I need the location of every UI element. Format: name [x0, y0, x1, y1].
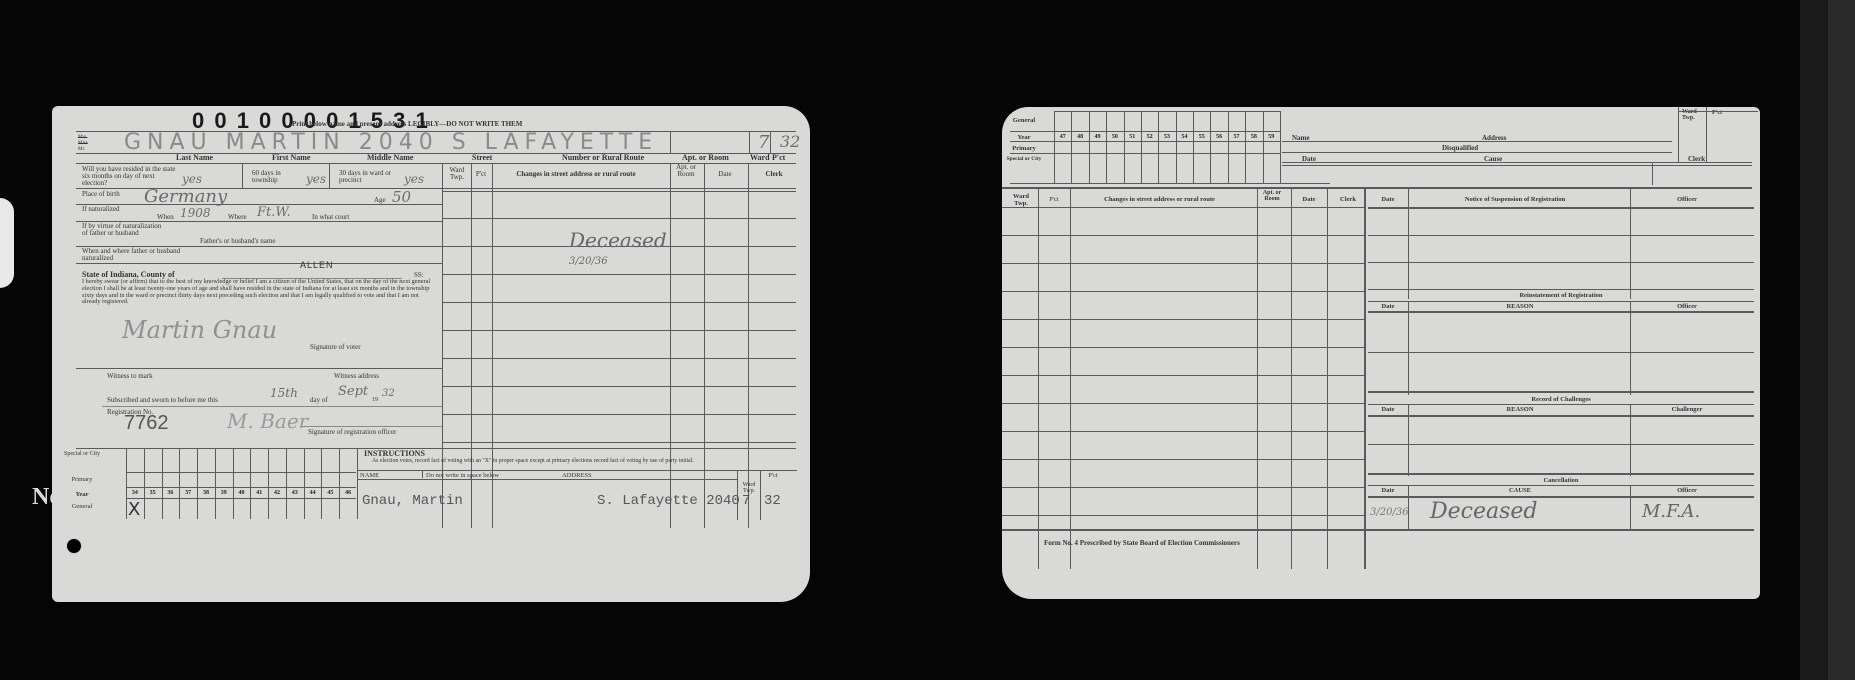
year-cell: 49 [1089, 134, 1106, 140]
year-cell: 47 [1054, 134, 1071, 140]
handwritten-name-address: GNAU MARTIN 2040 S LAFAYETTE [124, 130, 658, 155]
grid-label-general: General [62, 503, 102, 511]
changes-header-address: Changes in street address or rural route [492, 170, 660, 178]
form-note: Form No. 4 Prescribed by State Board of … [1044, 539, 1240, 547]
changes-entry-deceased: Deceased [569, 228, 667, 252]
label-number-route: Number or Rural Route [562, 154, 644, 162]
instructions-title: INSTRUCTIONS [364, 450, 425, 458]
virtue-label: If by virtue of naturalization of father… [82, 223, 162, 237]
reinstatement-header-date: Date [1370, 303, 1406, 311]
witness-address-label: Witness address [334, 372, 379, 380]
typed-pct: 32 [764, 493, 781, 509]
changes-header-ward: Ward Twp. [443, 167, 471, 181]
registration-card-back: General Year Primary Special or City 474… [1002, 107, 1760, 599]
year-cell: 35 [144, 490, 162, 496]
year-cell: 42 [268, 490, 286, 496]
naturalized-label: If naturalized [82, 206, 122, 213]
residency-answer: yes [182, 172, 202, 186]
township-label: 60 days in township [252, 170, 307, 184]
age-label: Age [374, 196, 386, 204]
voter-signature-label: Signature of voter [310, 343, 361, 351]
year-cell: 57 [1228, 134, 1245, 140]
back-changes-header-clerk: Clerk [1330, 196, 1366, 204]
instructions-text: As election votes, record fact of voting… [372, 458, 810, 464]
year-cell: 44 [304, 490, 322, 496]
place-of-birth-label: Place of birth [82, 191, 122, 198]
suspension-header-officer: Officer [1632, 196, 1742, 204]
label-ward: Ward [750, 154, 770, 162]
when-label: When [157, 213, 174, 221]
court-label: In what court [312, 213, 349, 221]
challenges-header-date: Date [1370, 406, 1406, 414]
reinstatement-title: Reinstatement of Registration [1368, 292, 1754, 300]
year-cell: 51 [1124, 134, 1141, 140]
challenges-title: Record of Challenges [1368, 396, 1754, 404]
changes-header-apt: Apt. or Room [670, 164, 702, 178]
back-changes-header-pct: P'ct [1040, 196, 1068, 204]
year-cell: 45 [321, 490, 339, 496]
year-cell: 43 [286, 490, 304, 496]
footer-pct-label: P'ct [762, 472, 784, 480]
back-changes-header-address: Changes in street address or rural route [1072, 196, 1247, 204]
where-label: Where [228, 213, 247, 221]
officer-signature: M. Baer [227, 409, 308, 433]
year-cell: 34 [126, 490, 144, 496]
grid-label-primary: Primary [62, 476, 102, 484]
year-cell: 39 [215, 490, 233, 496]
day-of-label: day of [310, 396, 328, 404]
label-street: Street [472, 154, 492, 162]
changes-header-clerk: Clerk [750, 170, 798, 178]
year-cell: 41 [250, 490, 268, 496]
year-cell: 58 [1245, 134, 1262, 140]
subscribed-label: Subscribed and sworn to before me this [107, 396, 218, 404]
adjacent-card-strip-inner [1828, 0, 1855, 680]
changes-header-date: Date [704, 170, 746, 178]
witness-label: Witness to mark [107, 372, 153, 380]
year-cell: 50 [1106, 134, 1123, 140]
grid-label-year: Year [62, 491, 102, 499]
township-answer: yes [306, 172, 326, 186]
ward-value: 7 [758, 132, 769, 153]
year-cell: 59 [1263, 134, 1280, 140]
typed-name: Gnau, Martin [362, 493, 463, 509]
typed-ward: 7 [742, 493, 750, 509]
year-cell: 37 [179, 490, 197, 496]
year-prefix: 19 [372, 396, 378, 404]
changes-header-pct: P'ct [472, 170, 490, 178]
precinct-value: 32 [780, 132, 800, 151]
father-name-label: Father's or husband's name [200, 237, 275, 245]
ward-days-label: 30 days in ward or precinct [339, 170, 409, 184]
back-changes-header-apt: Apt. or Room [1257, 190, 1287, 202]
label-apt-room: Apt. or Room [682, 154, 729, 162]
year-cell: 36 [162, 490, 180, 496]
header-instruction: Print below name and present address LEG… [292, 120, 522, 128]
father-naturalized-label: When and where father or husband natural… [82, 248, 182, 262]
year-cell: 56 [1210, 134, 1227, 140]
registration-no-symbol: No [32, 484, 61, 511]
year-cell: 54 [1176, 134, 1193, 140]
year-cell: 53 [1158, 134, 1175, 140]
oath-text: I hereby swear (or affirm) that to the b… [82, 279, 432, 306]
cancellation-header-officer: Officer [1632, 487, 1742, 495]
registration-card-front: 0 0 1 0 0 0 0 1 5 3 1 Print below name a… [52, 106, 810, 602]
cancellation-date: 3/20/36 [1370, 507, 1409, 518]
suspension-header-date: Date [1370, 196, 1406, 204]
back-changes-header-ward: Ward Twp. [1006, 194, 1036, 207]
cancellation-header-date: Date [1370, 487, 1406, 495]
where-value: Ft.W. [257, 205, 291, 220]
label-last-name: Last Name [176, 154, 213, 162]
back-grid-label-special: Special or City [1006, 157, 1042, 163]
changes-entry-date: 3/20/36 [569, 256, 608, 267]
year-cell: 48 [1071, 134, 1088, 140]
cancellation-cause: Deceased [1430, 499, 1538, 524]
reinstatement-header-officer: Officer [1632, 303, 1742, 311]
cancellation-officer: M.F.A. [1642, 501, 1700, 522]
challenges-header-challenger: Challenger [1632, 406, 1742, 414]
when-value: 1908 [180, 206, 211, 220]
day-value: 15th [270, 386, 298, 400]
back-disqualified-label: Disqualified [1442, 144, 1478, 152]
year-cell: 38 [197, 490, 215, 496]
grid-label-special: Special or City [62, 451, 102, 457]
year-value: 32 [382, 388, 395, 399]
back-changes-header-date: Date [1292, 196, 1326, 204]
suspension-header-notice: Notice of Suspension of Registration [1410, 196, 1620, 204]
punch-hole [66, 538, 82, 554]
cancellation-header-cause: CAUSE [1410, 487, 1630, 495]
general-vote-mark: X [128, 499, 140, 520]
registration-number: 7762 [124, 412, 169, 435]
challenges-header-reason: REASON [1410, 406, 1630, 414]
label-pct: P'ct [772, 154, 785, 162]
county-value: ALLEN [300, 261, 334, 269]
label-first-name: First Name [272, 154, 310, 162]
month-value: Sept [338, 384, 368, 399]
ward-days-answer: yes [404, 172, 424, 186]
voter-signature: Martin Gnau [122, 316, 277, 344]
back-grid-label-primary: Primary [1006, 145, 1042, 153]
year-cell: 46 [339, 490, 357, 496]
year-cell: 40 [233, 490, 251, 496]
label-middle-name: Middle Name [367, 154, 413, 162]
typed-address: S. Lafayette 2040 [597, 493, 740, 509]
back-grid-label-general: General [1006, 117, 1042, 125]
adjacent-card-edge [0, 198, 14, 288]
year-cell: 55 [1193, 134, 1210, 140]
year-cell: 52 [1141, 134, 1158, 140]
officer-signature-label: Signature of registration officer [308, 428, 396, 436]
cancellation-title: Cancellation [1368, 477, 1754, 485]
reinstatement-header-reason: REASON [1410, 303, 1630, 311]
residency-question: Will you have resided in the state six m… [82, 166, 177, 187]
